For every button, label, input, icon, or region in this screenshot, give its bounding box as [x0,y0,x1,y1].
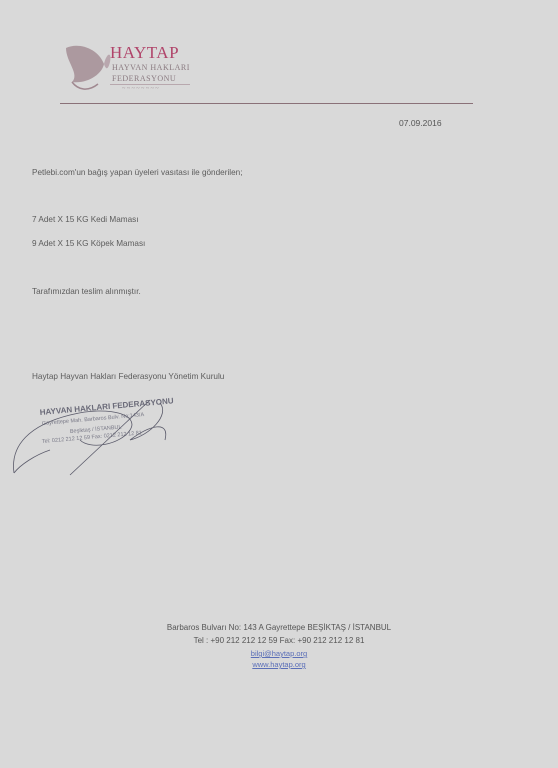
org-motto: ~ ~ ~ ~ ~ ~ ~ ~ [122,86,158,92]
footer-phone: Tel : +90 212 212 12 59 Fax: +90 212 212… [0,636,558,645]
letter-date: 07.09.2016 [399,118,442,128]
donation-item: 9 Adet X 15 KG Köpek Maması [32,239,145,248]
received-text: Tarafımızdan teslim alınmıştır. [32,287,141,296]
footer-address: Barbaros Bulvarı No: 143 A Gayrettepe BE… [0,623,558,632]
svg-text:HAYVAN HAKLARI FEDERASYONU: HAYVAN HAKLARI FEDERASYONU [39,396,174,417]
org-subtitle-line1: HAYVAN HAKLARI [112,63,190,72]
org-name: HAYTAP [110,43,179,63]
stamp-signature-icon: HAYVAN HAKLARI FEDERASYONU Gayrettepe Ma… [10,395,190,480]
org-subtitle-line2: FEDERASYONU [112,74,176,83]
footer-email-link[interactable]: bilgi@haytap.org [0,649,558,658]
donation-item: 7 Adet X 15 KG Kedi Maması [32,215,139,224]
footer-website-link[interactable]: www.haytap.org [0,660,558,669]
header-rule [60,103,473,104]
signatory-text: Haytap Hayvan Hakları Federasyonu Yöneti… [32,372,224,381]
logo-divider [110,84,190,85]
intro-text: Petlebi.com'un bağış yapan üyeleri vasıt… [32,168,242,177]
